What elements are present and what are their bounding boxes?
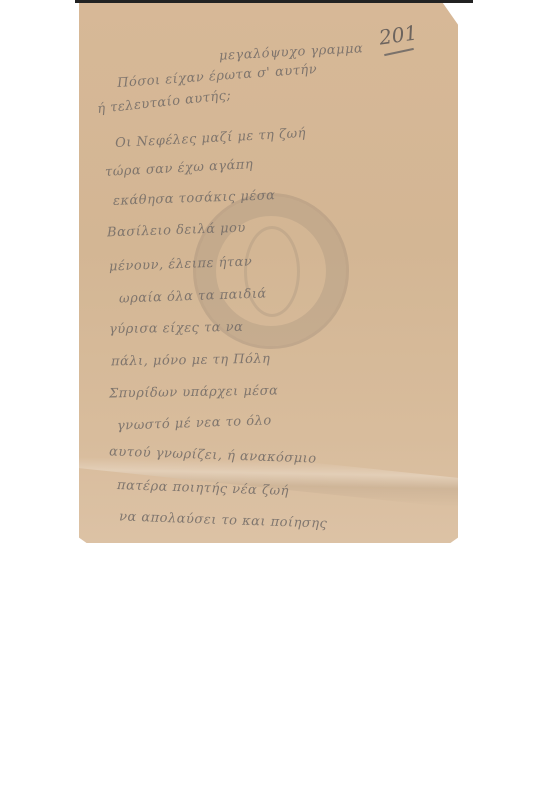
manuscript-line: Πόσοι είχαν έρωτα σ' αυτήν (117, 62, 318, 91)
manuscript-line: γνωστό μέ νεα το όλο (117, 413, 272, 433)
manuscript-line: γύρισα είχες τα να (109, 320, 244, 337)
page-number: 201 (378, 20, 419, 49)
scan-edge-bar (75, 0, 473, 3)
manuscript-line: ή τελευταίο αυτής; (97, 88, 232, 117)
manuscript-line: να απολαύσει το και ποίησης (119, 509, 328, 531)
manuscript-line: Οι Νεφέλες μαζί με τη ζωή (115, 126, 307, 151)
manuscript-line: Σπυρίδων υπάρχει μέσα (109, 384, 279, 402)
stamp-monogram (244, 226, 300, 317)
page-number-underline (384, 48, 414, 56)
manuscript-line: πάλι, μόνο με τη Πόλη (111, 352, 271, 370)
manuscript-line: τώρα σαν έχω αγάπη (105, 157, 254, 180)
manuscript-line: μεγαλόψυχο γραμμα (219, 41, 364, 64)
manuscript-page: 201 μεγαλόψυχο γραμμα Πόσοι είχαν έρωτα … (79, 3, 458, 543)
